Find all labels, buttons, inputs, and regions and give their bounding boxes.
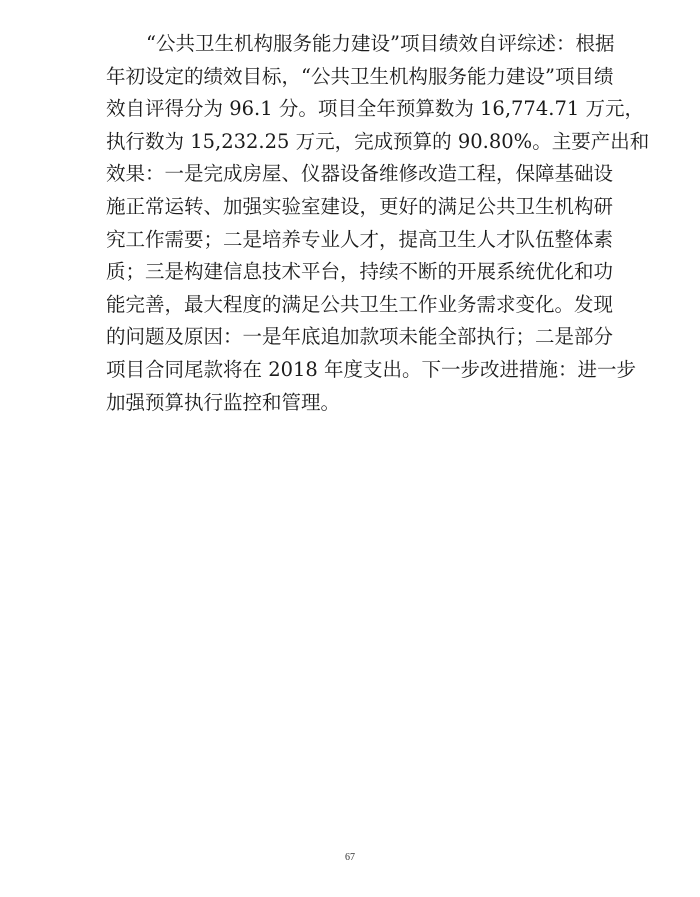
paragraph-line: 效果：一是完成房屋、仪器设备维修改造工程，保障基础设 xyxy=(106,158,598,191)
paragraph-line: 质；三是构建信息技术平台，持续不断的开展系统优化和功 xyxy=(106,256,598,289)
paragraph-line: 年初设定的绩效目标，“公共卫生机构服务能力建设”项目绩 xyxy=(106,61,598,94)
paragraph-line: 的问题及原因：一是年底追加款项未能全部执行；二是部分 xyxy=(106,321,598,354)
paragraph-line: 项目合同尾款将在 2018 年度支出。下一步改进措施：进一步 xyxy=(106,354,598,387)
paragraph-line: 究工作需要；二是培养专业人才，提高卫生人才队伍整体素 xyxy=(106,224,598,257)
document-page: “公共卫生机构服务能力建设”项目绩效自评综述：根据 年初设定的绩效目标，“公共卫… xyxy=(0,0,700,897)
self-evaluation-summary-paragraph: “公共卫生机构服务能力建设”项目绩效自评综述：根据 年初设定的绩效目标，“公共卫… xyxy=(106,28,598,419)
paragraph-line: 能完善，最大程度的满足公共卫生工作业务需求变化。发现 xyxy=(106,289,598,322)
paragraph-line: “公共卫生机构服务能力建设”项目绩效自评综述：根据 xyxy=(106,28,598,61)
paragraph-line: 施正常运转、加强实验室建设，更好的满足公共卫生机构研 xyxy=(106,191,598,224)
paragraph-line: 执行数为 15,232.25 万元，完成预算的 90.80%。主要产出和 xyxy=(106,126,598,159)
page-number: 67 xyxy=(0,852,700,863)
paragraph-line: 加强预算执行监控和管理。 xyxy=(106,387,598,420)
paragraph-line: 效自评得分为 96.1 分。项目全年预算数为 16,774.71 万元， xyxy=(106,93,598,126)
